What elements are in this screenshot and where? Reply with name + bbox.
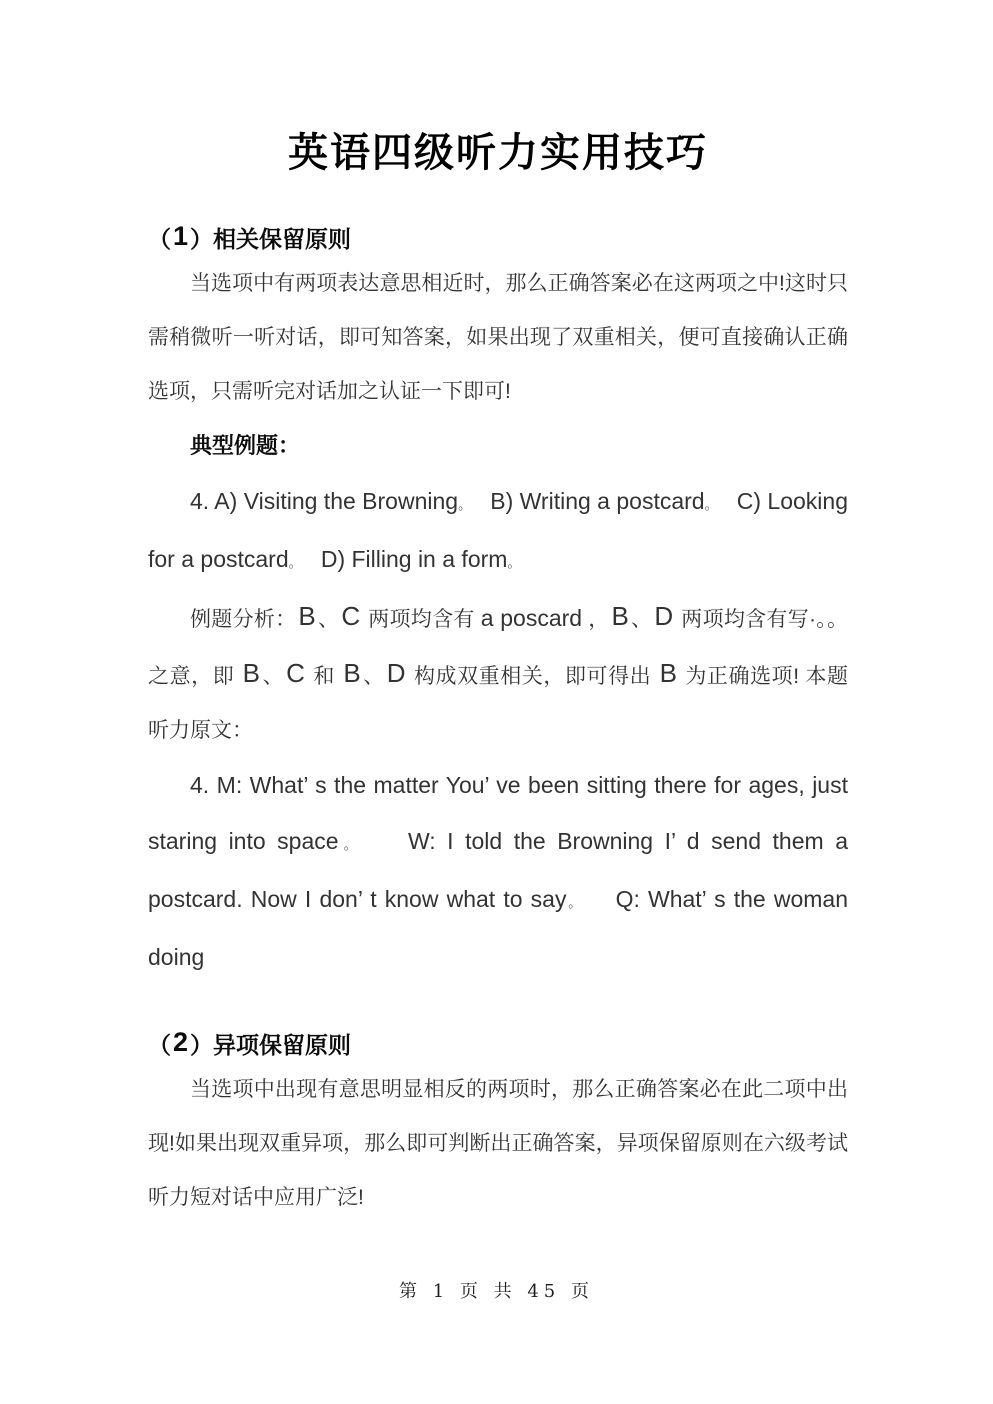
text-segment: （ xyxy=(148,226,171,252)
text-segment-latbig: D xyxy=(652,601,675,631)
text-segment: 、 xyxy=(631,608,653,631)
text-segment-latbig: B xyxy=(609,601,630,631)
example-options: 4. A) Visiting the Browning。 B) Writing … xyxy=(148,474,848,590)
text-segment: 例题分析： xyxy=(190,608,296,631)
text-segment-dot: 。 xyxy=(339,837,362,852)
text-segment-latbig: C xyxy=(284,658,307,688)
document-title: 英语四级听力实用技巧 xyxy=(148,0,848,180)
text-segment-lat: D) Filling in a form xyxy=(321,546,508,572)
text-segment-latbig: B xyxy=(658,658,679,688)
text-segment-latbig: C xyxy=(339,601,362,631)
listening-transcript: 4. M: What’ s the matter You’ ve been si… xyxy=(148,758,848,986)
text-segment: ， xyxy=(582,608,609,631)
text-segment-dot: 。 xyxy=(566,895,583,910)
page-number-footer: 第 1 页 共 45 页 xyxy=(0,1272,993,1312)
text-segment-lat: B) Writing a postcard xyxy=(490,488,704,514)
text-segment: 、 xyxy=(363,665,385,688)
text-segment-dot: 。 xyxy=(458,497,471,512)
text-segment-lat: a poscard xyxy=(481,605,582,631)
text-segment: 、 xyxy=(318,608,340,631)
section1-heading: （1）相关保留原则 xyxy=(148,220,848,257)
text-segment-latbig: D xyxy=(385,658,408,688)
text-segment: 异项保留原则 xyxy=(213,1032,351,1058)
text-segment: （ xyxy=(148,1032,171,1058)
text-segment-latbig: B xyxy=(241,658,262,688)
text-segment-latbig: B xyxy=(341,658,362,688)
text-segment: 相关保留原则 xyxy=(213,226,351,252)
text-segment: ） xyxy=(190,1032,213,1058)
text-segment-dot: 。 xyxy=(289,555,302,570)
example-label-text: 典型例题： xyxy=(190,433,300,458)
text-segment-latbig: B xyxy=(296,601,317,631)
text-segment-lat xyxy=(718,488,737,514)
text-segment-hnum: 2 xyxy=(171,1027,190,1057)
text-segment-lat xyxy=(471,488,490,514)
text-segment-lat xyxy=(362,828,408,854)
text-segment-dot: 。 xyxy=(705,497,718,512)
text-segment-dot: 。 xyxy=(507,555,520,570)
text-segment: 两项均含有 xyxy=(362,608,481,631)
text-segment: 、 xyxy=(262,665,284,688)
example-analysis: 例题分析：B、C 两项均含有 a poscard ，B、D 两项均含有写·。。之… xyxy=(148,590,848,758)
text-segment-lat: 4. A) Visiting the Browning xyxy=(190,488,458,514)
text-segment: 构成双重相关，即可得出 xyxy=(408,665,658,688)
section2-description: 当选项中出现有意思明显相反的两项时，那么正确答案必在此二项中出现!如果出现双重异… xyxy=(148,1063,848,1225)
example-label: 典型例题： xyxy=(148,419,848,474)
text-segment-lat xyxy=(302,546,321,572)
document-page: 英语四级听力实用技巧 （1）相关保留原则 当选项中有两项表达意思相近时，那么正确… xyxy=(0,0,993,1404)
text-segment-lat xyxy=(583,886,616,912)
text-segment: ） xyxy=(190,226,213,252)
document-content: 英语四级听力实用技巧 （1）相关保留原则 当选项中有两项表达意思相近时，那么正确… xyxy=(148,0,848,1225)
text-segment-hnum: 1 xyxy=(171,221,190,251)
text-segment: 和 xyxy=(307,665,341,688)
section1-description: 当选项中有两项表达意思相近时，那么正确答案必在这两项之中!这时只需稍微听一听对话… xyxy=(148,257,848,419)
section2-heading: （2）异项保留原则 xyxy=(148,1026,848,1063)
